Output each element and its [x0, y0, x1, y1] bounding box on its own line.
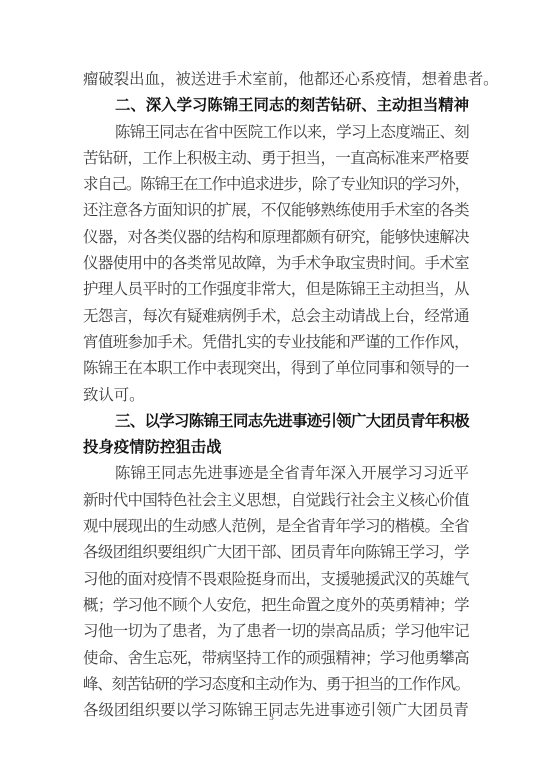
paragraph-line: 峰、刻苦钻研的学习态度和主动作为、勇于担当的工作作风。 — [83, 671, 469, 697]
paragraph-line: 无怨言，每次有疑难病例手术，总会主动请战上台，经常通 — [83, 303, 469, 329]
document-page: 瘤破裂出血，被送进手术室前，他都还心系疫情，想着患者。 二、深入学习陈锦王同志的… — [0, 0, 543, 768]
paragraph-line: 还注意各方面知识的扩展，不仅能够熟练使用手术室的各类 — [83, 197, 469, 223]
paragraph-line: 使命、舍生忘死，带病坚持工作的顽强精神；学习他勇攀高 — [83, 645, 469, 671]
section-heading-3: 三、以学习陈锦王同志先进事迹引领广大团员青年积极 — [83, 408, 469, 434]
paragraph-line: 仪器，对各类仪器的结构和原理都颇有研究，能够快速解决 — [83, 224, 469, 250]
section-heading-3-cont: 投身疫情防控狙击战 — [83, 434, 469, 460]
paragraph-line: 新时代中国特色社会主义思想，自觉践行社会主义核心价值 — [83, 487, 469, 513]
paragraph-line: 习他的面对疫情不畏艰险挺身而出，支援驰援武汉的英雄气 — [83, 566, 469, 592]
paragraph-line: 各级团组织要组织广大团干部、团员青年向陈锦王学习，学 — [83, 539, 469, 565]
page-number: 3 — [0, 712, 543, 722]
paragraph-line: 仪器使用中的各类常见故障，为手术争取宝贵时间。手术室 — [83, 250, 469, 276]
paragraph-line: 概；学习他不顾个人安危，把生命置之度外的英勇精神；学 — [83, 592, 469, 618]
paragraph-line: 陈锦王同志先进事迹是全省青年深入开展学习习近平 — [83, 460, 469, 486]
paragraph-line: 观中展现出的生动感人范例，是全省青年学习的楷模。全省 — [83, 513, 469, 539]
document-body: 瘤破裂出血，被送进手术室前，他都还心系疫情，想着患者。 二、深入学习陈锦王同志的… — [83, 66, 469, 723]
paragraph-line: 致认可。 — [83, 382, 469, 408]
paragraph-line: 护理人员平时的工作强度非常大，但是陈锦王主动担当，从 — [83, 276, 469, 302]
paragraph-line: 求自己。陈锦王在工作中追求进步，除了专业知识的学习外， — [83, 171, 469, 197]
paragraph-line: 陈锦王在本职工作中表现突出，得到了单位同事和领导的一 — [83, 355, 469, 381]
paragraph-line: 瘤破裂出血，被送进手术室前，他都还心系疫情，想着患者。 — [83, 66, 469, 92]
paragraph-line: 苦钻研，工作上积极主动、勇于担当，一直高标准来严格要 — [83, 145, 469, 171]
paragraph-line: 宵值班参加手术。凭借扎实的专业技能和严谨的工作作风， — [83, 329, 469, 355]
section-heading-2: 二、深入学习陈锦王同志的刻苦钻研、主动担当精神 — [83, 92, 469, 118]
paragraph-line: 陈锦王同志在省中医院工作以来，学习上态度端正、刻 — [83, 119, 469, 145]
paragraph-line: 习他一切为了患者，为了患者一切的崇高品质；学习他牢记 — [83, 618, 469, 644]
